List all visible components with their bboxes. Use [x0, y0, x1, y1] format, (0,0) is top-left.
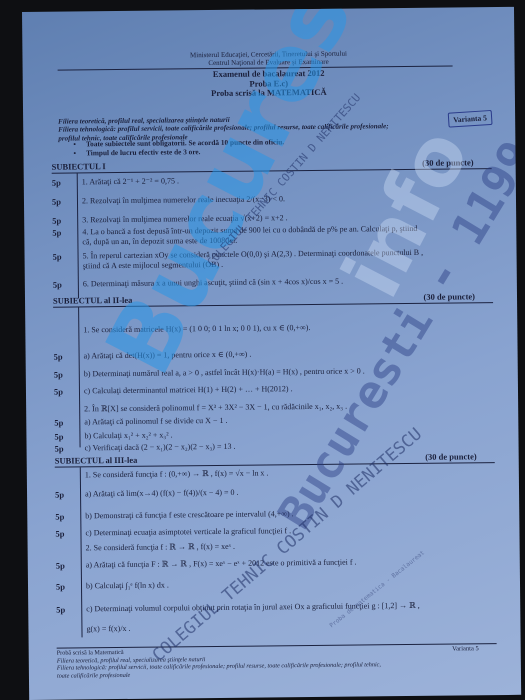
points-label: 5p — [56, 560, 78, 570]
exercise-text: b) Determinaţi numărul real a, a > 0 , a… — [84, 365, 494, 379]
exercise-row: 5p c) Calculaţi determinantul matricei H… — [54, 382, 494, 387]
exercise-text-line: 5. În reperul cartezian xOy se consideră… — [83, 248, 424, 261]
exam-paper: Ministerul Educaţiei, Cercetării, Tinere… — [22, 7, 521, 700]
section-title-2: SUBIECTUL al II-lea — [53, 295, 132, 306]
exercise-row: 5p a) Arătaţi că det(H(x)) = 1, pentru o… — [54, 347, 494, 352]
column-divider — [77, 173, 79, 298]
points-label: 5p — [54, 369, 76, 379]
section-points-3: (30 de puncte) — [425, 451, 477, 462]
exercise-text-line: că, după un an, în depozit suma este de … — [82, 236, 237, 247]
exercise-text: 1. Arătaţi că 2⁻¹ + 2⁻² = 0,75 . — [82, 173, 492, 187]
header-title: Examenul de bacalaureat 2012 Proba E.c) … — [23, 67, 515, 101]
exercise-row: 5p a) Arătaţi că funcţia F : ℝ → ℝ , F(x… — [56, 556, 496, 561]
section-title-3: SUBIECTUL al III-lea — [55, 455, 138, 466]
exercise-text: a) Arătaţi că polinomul f se divide cu X… — [84, 413, 494, 427]
exercise-text: 6. Determinaţi măsura x a unui unghi asc… — [83, 275, 493, 289]
exercise-text: a) Arătaţi că lim(x→4) (f(x) − f(4))/(x … — [85, 485, 495, 499]
section-title-1: SUBIECTUL I — [52, 161, 106, 172]
exercise-row: 5p b) Determinaţi numărul real a, a > 0 … — [54, 365, 494, 370]
exercise-text: c) Determinaţi ecuaţia asimptotei vertic… — [85, 524, 495, 538]
exercise-row: 2. În ℝ[X] se consideră polinomul f = X³… — [54, 400, 494, 405]
exercise-row: 1. Se consideră matricele H(x) = (1 0 0;… — [53, 321, 493, 326]
exercise-text: 5. În reperul cartezian xOy se consideră… — [83, 247, 493, 271]
points-label: 5p — [54, 417, 76, 427]
points-label: 5p — [55, 443, 77, 453]
points-label: 5p — [56, 604, 78, 614]
exercise-text: 2. În ℝ[X] se consideră polinomul f = X³… — [84, 400, 494, 414]
points-label: 5p — [52, 196, 74, 206]
section-points-2: (30 de puncte) — [423, 291, 475, 302]
exercise-text: b) Demonstraţi că funcţia f este crescăt… — [85, 507, 495, 521]
points-label: 5p — [54, 431, 76, 441]
exercise-text: a) Arătaţi că det(H(x)) = 1, pentru oric… — [84, 347, 494, 361]
exercise-text: 2. Se consideră funcţia f : ℝ → ℝ , f(x)… — [86, 539, 496, 553]
exercise-row: 5p b) Calculaţi x₁² + x₂² + x₃² . — [54, 427, 494, 432]
exercise-text: a) Arătaţi că funcţia F : ℝ → ℝ , F(x) =… — [86, 556, 496, 570]
points-label: 5p — [53, 251, 75, 261]
exercise-text-line: g(x) = f(x)/x . — [86, 624, 130, 633]
points-label: 5p — [53, 279, 75, 289]
points-label: 5p — [54, 351, 76, 361]
points-label: 5p — [54, 386, 76, 396]
exercise-text-line: ştiind că A este mijlocul segmentului (O… — [83, 260, 224, 270]
instruction-item: Timpul de lucru efectiv este de 3 ore. — [73, 146, 284, 157]
points-label: 5p — [52, 177, 74, 187]
column-divider — [78, 307, 80, 447]
exercise-row: 5p 2. Rezolvaţi în mulţimea numerelor re… — [52, 192, 492, 197]
exercise-row: 5p 6. Determinaţi măsura x a unui unghi … — [53, 275, 493, 280]
section-points-1: (30 de puncte) — [422, 157, 474, 168]
points-label: 5p — [52, 215, 74, 225]
exercise-text: b) Calculaţi ∫₁ᵉ f(ln x) dx . — [86, 577, 496, 591]
points-label: 5p — [52, 227, 74, 237]
exercise-row: 2. Se consideră funcţia f : ℝ → ℝ , f(x)… — [56, 539, 496, 544]
points-label: 5p — [55, 511, 77, 521]
exercise-text: c) Determinaţi volumul corpului obţinut … — [86, 600, 496, 634]
exercise-row: 5p 3. Rezolvaţi în mulţimea numerelor re… — [52, 211, 492, 216]
exercise-row: 5p a) Arătaţi că lim(x→4) (f(x) − f(4))/… — [55, 485, 495, 490]
exercise-row: 5p b) Calculaţi ∫₁ᵉ f(ln x) dx . — [56, 577, 496, 582]
exercise-row: 5p 5. În reperul cartezian xOy se consid… — [53, 247, 493, 252]
footer-variant: Varianta 5 — [452, 645, 479, 652]
exercise-row: 5p c) Determinaţi ecuaţia asimptotei ver… — [55, 524, 495, 529]
exercise-text-line: c) Determinaţi volumul corpului obţinut … — [86, 601, 420, 613]
page-footer: Probă scrisă la Matematică Filiera teore… — [57, 645, 497, 680]
points-label: 5p — [55, 528, 77, 538]
points-label: 5p — [56, 581, 78, 591]
exercise-text: 1. Se consideră funcţia f : (0,+∞) → ℝ ,… — [85, 466, 495, 480]
exercise-text: 1. Se consideră matricele H(x) = (1 0 0;… — [83, 321, 493, 335]
exercise-text: 4. La o bancă a fost depusă într-un depo… — [82, 223, 492, 247]
exercise-row: 5p b) Demonstraţi că funcţia f este cres… — [55, 507, 495, 512]
exercise-text-line: 4. La o bancă a fost depusă într-un depo… — [82, 224, 417, 237]
exercise-text: c) Calculaţi determinantul matricei H(1)… — [84, 382, 494, 396]
column-divider — [80, 467, 83, 637]
exercise-row: 5p 1. Arătaţi că 2⁻¹ + 2⁻² = 0,75 . — [52, 173, 492, 178]
instructions: Toate subiectele sunt obligatorii. Se ac… — [73, 137, 284, 157]
exercise-text: 2. Rezolvaţi în mulţimea numerelor reale… — [82, 192, 492, 206]
exercise-row: 5p c) Determinaţi volumul corpului obţin… — [56, 600, 496, 605]
points-label: 5p — [55, 489, 77, 499]
